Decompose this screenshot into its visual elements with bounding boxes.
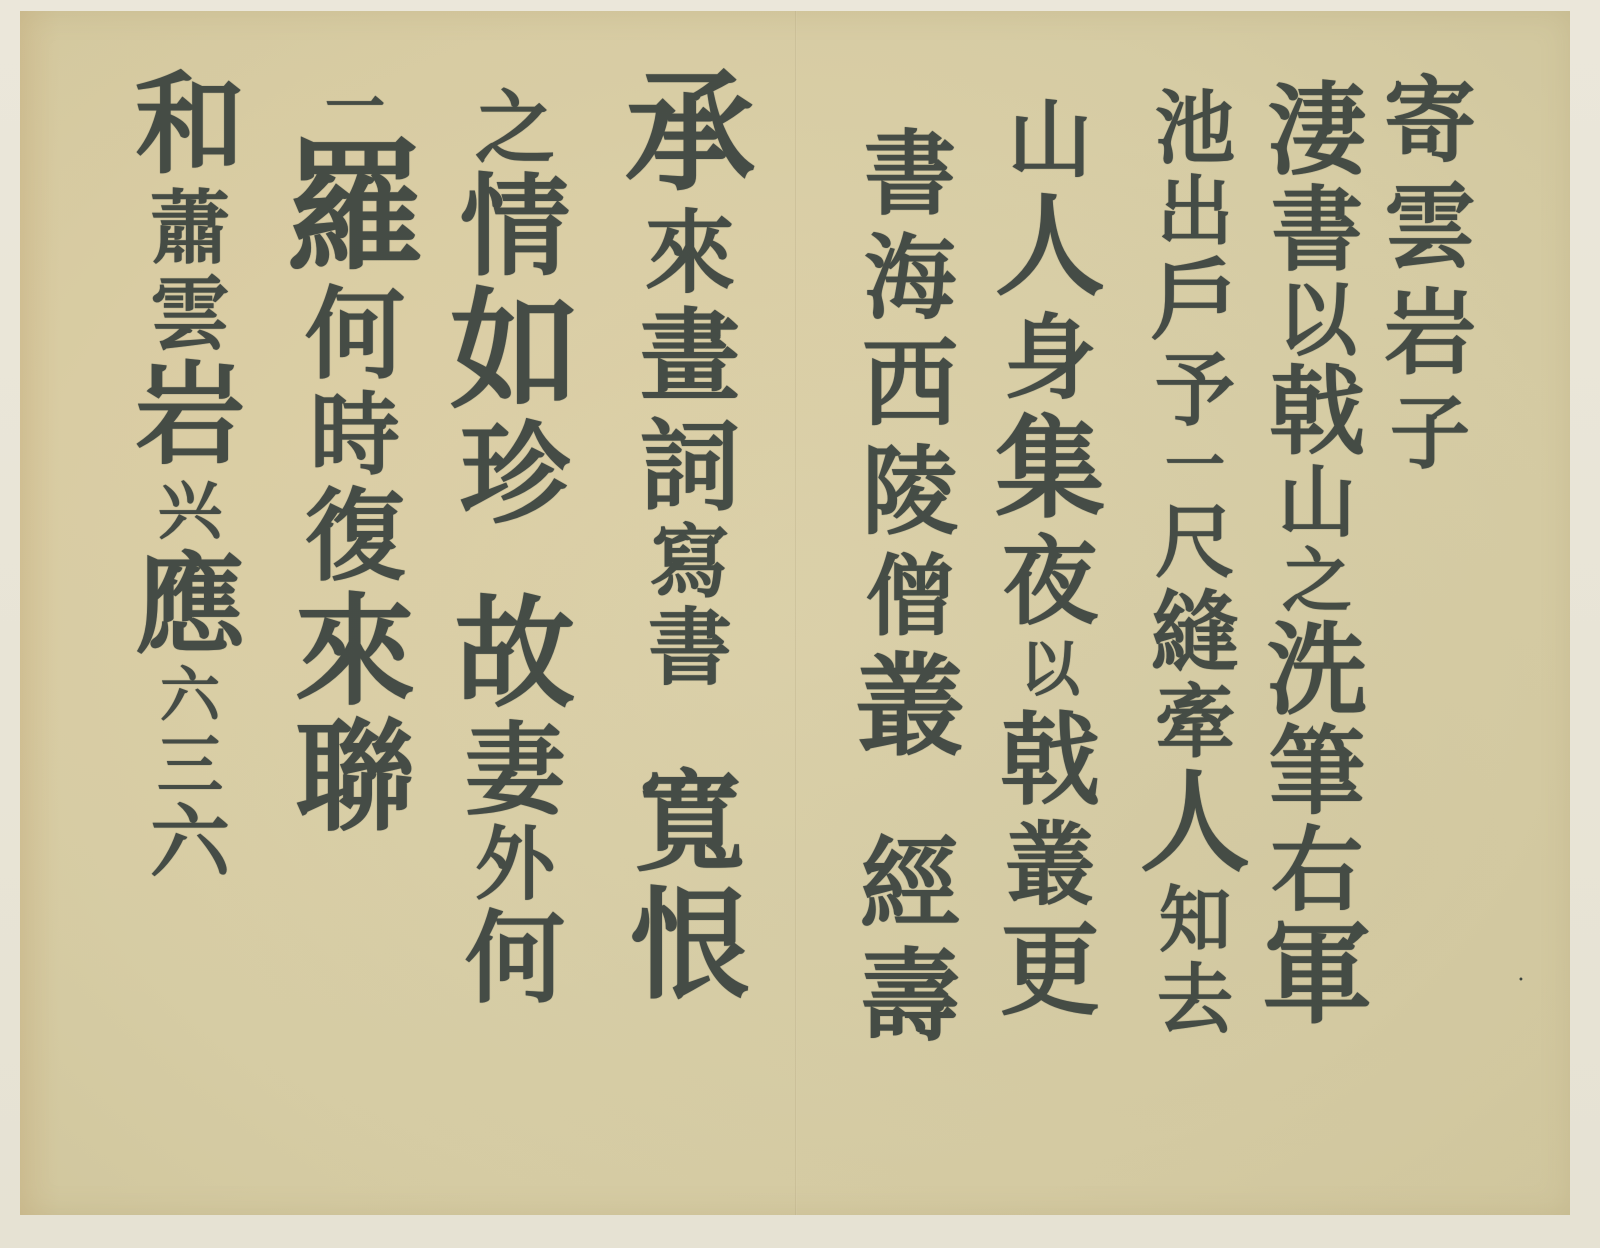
glyph: 之 <box>1282 546 1352 616</box>
glyph: 復 <box>305 486 405 586</box>
glyph: 寬 <box>635 768 745 878</box>
glyph: 一 <box>1165 436 1225 496</box>
glyph: 書 <box>648 606 732 690</box>
glyph: 戶 <box>1151 256 1239 344</box>
calligraphy-column-2: 淒 書 以 戟 山 之 洗 筆 右 軍 <box>1262 80 1372 1030</box>
glyph: 筆 <box>1269 724 1365 820</box>
glyph: 牽 <box>1155 682 1235 762</box>
glyph: 雲 <box>150 274 230 354</box>
glyph: 情 <box>460 172 570 282</box>
paper-stain <box>20 11 60 1215</box>
glyph: 出 <box>1157 174 1233 250</box>
center-fold <box>795 11 797 1215</box>
glyph: 書 <box>864 128 956 220</box>
glyph: 經 <box>860 834 960 934</box>
glyph: 何 <box>305 284 405 384</box>
glyph: 六 <box>150 802 230 882</box>
glyph: 海 <box>864 232 956 324</box>
glyph: 軍 <box>1262 920 1372 1030</box>
glyph: 來 <box>645 208 735 298</box>
glyph: 聯 <box>295 718 415 838</box>
glyph: 縫 <box>1151 588 1239 676</box>
glyph: 山 <box>1008 98 1092 182</box>
calligraphy-column-6: 承 來 畫 詞 寫 書 去 寬 恨 <box>620 68 760 1006</box>
glyph: 以 <box>1277 280 1357 360</box>
glyph: 戟 <box>1000 710 1100 810</box>
glyph: 寄 <box>1384 75 1476 167</box>
glyph: 詞 <box>640 416 740 516</box>
glyph: 尺 <box>1155 502 1235 582</box>
glyph: 之 <box>475 88 555 168</box>
glyph: 人 <box>995 192 1105 302</box>
ink-speck: • <box>1518 978 1526 984</box>
calligraphy-column-4: 山 人 身 集 夜 以 戟 叢 更 <box>990 98 1110 1020</box>
calligraphy-column-9: 和 蕭 雲 岩 兴 應 六 三 六 <box>115 70 265 882</box>
glyph: 妻 <box>465 720 565 820</box>
glyph: 寫 <box>650 522 730 602</box>
glyph: 三 <box>157 732 223 798</box>
calligraphy-column-1: 寄 雲 岩 子 <box>1385 75 1475 473</box>
glyph: 洗 <box>1267 620 1367 720</box>
glyph: 六 <box>160 666 220 726</box>
calligraphy-column-7: 之 情 如 珍 重 故 妻 外 何 <box>430 88 600 1008</box>
glyph: 叢 <box>855 652 965 762</box>
glyph: 予 <box>1155 350 1235 430</box>
glyph: 岩 <box>135 360 245 470</box>
glyph: 岩 <box>1384 287 1476 379</box>
glyph: 人 <box>1140 768 1250 878</box>
glyph: 去 <box>1157 962 1233 1038</box>
glyph: 書 <box>1271 184 1363 276</box>
glyph: 淒 <box>1267 80 1367 180</box>
glyph: 畫 <box>640 306 740 406</box>
glyph: 和 <box>135 70 245 180</box>
glyph: 外 <box>475 824 555 904</box>
glyph: 珍 <box>460 420 570 530</box>
glyph: 戟 <box>1269 364 1365 460</box>
glyph: 如 <box>450 286 580 416</box>
glyph: 故 <box>455 594 575 714</box>
glyph: 來 <box>295 592 415 712</box>
calligraphy-column-8: 一 羅 何 時 復 來 聯 <box>285 78 425 838</box>
glyph: 夜 <box>1002 534 1098 630</box>
glyph: 知 <box>1159 884 1231 956</box>
glyph: 雲 <box>1384 181 1476 273</box>
calligraphy-column-5: 書 海 西 陵 僧 叢 收 經 壽 <box>850 128 970 1046</box>
glyph: 身 <box>1004 312 1096 404</box>
glyph: 何 <box>465 908 565 1008</box>
glyph: 叢 <box>1005 820 1095 910</box>
glyph: 僧 <box>866 552 954 640</box>
glyph: 西 <box>862 336 958 432</box>
glyph: 子 <box>1390 393 1470 473</box>
glyph: 恨 <box>630 886 750 1006</box>
glyph: 山 <box>1278 464 1356 542</box>
glyph: 羅 <box>285 138 425 278</box>
glyph: 右 <box>1271 824 1363 916</box>
calligraphy-column-3: 池 出 戶 予 一 尺 縫 牽 人 知 去 <box>1140 88 1250 1038</box>
glyph: 更 <box>1000 920 1100 1020</box>
glyph: 蕭 <box>150 188 230 268</box>
glyph: 集 <box>995 414 1105 524</box>
glyph: 承 <box>625 68 755 198</box>
glyph: 池 <box>1155 88 1235 168</box>
glyph: 壽 <box>860 946 960 1046</box>
glyph: 兴 <box>158 480 222 544</box>
glyph: 陵 <box>862 444 958 540</box>
glyph: 時 <box>310 390 400 480</box>
glyph: 應 <box>135 550 245 660</box>
glyph: 以 <box>1020 640 1080 700</box>
